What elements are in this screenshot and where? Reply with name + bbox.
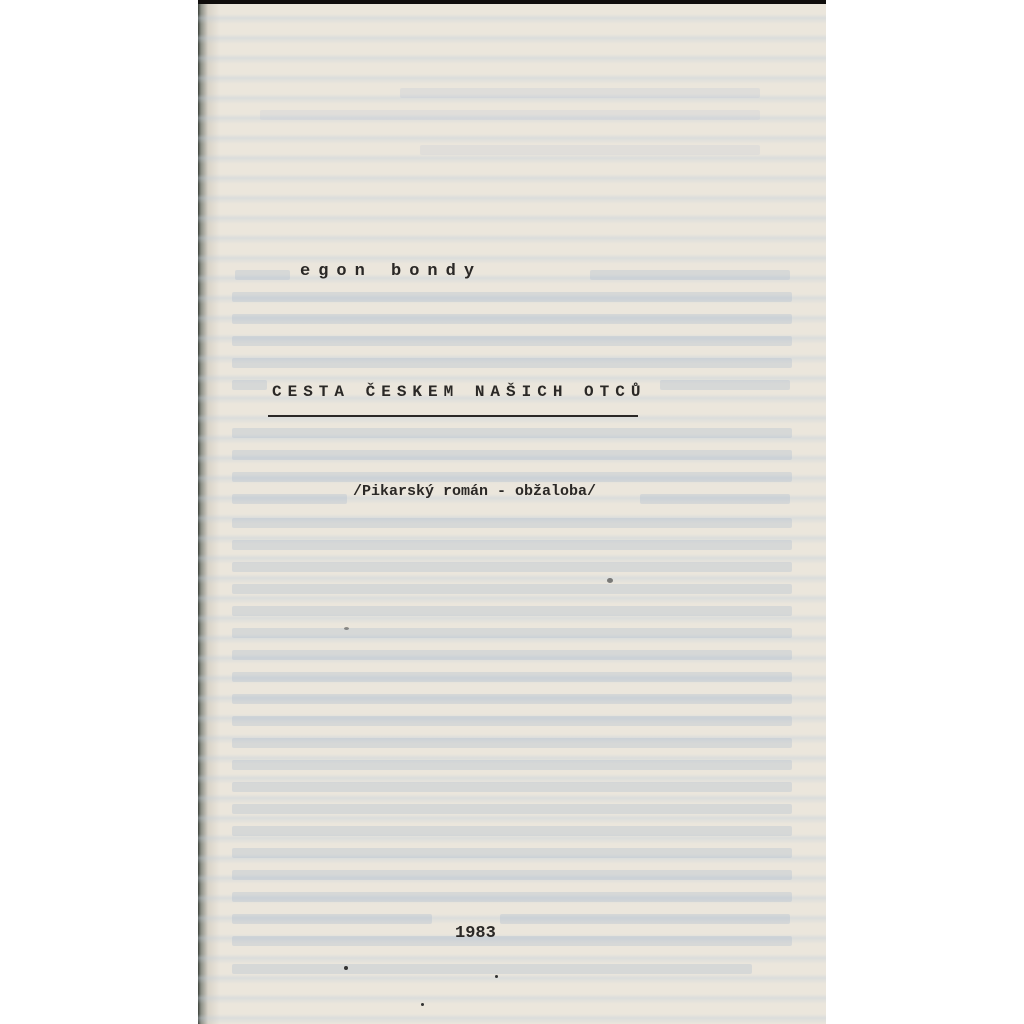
document-subtitle: /Pikarský román - obžaloba/ [353, 483, 596, 500]
author-name: egon bondy [300, 262, 482, 281]
publication-year: 1983 [455, 924, 496, 943]
document-title: CESTA ČESKEM NAŠICH OTCŮ [272, 383, 646, 401]
title-underline [268, 415, 638, 417]
